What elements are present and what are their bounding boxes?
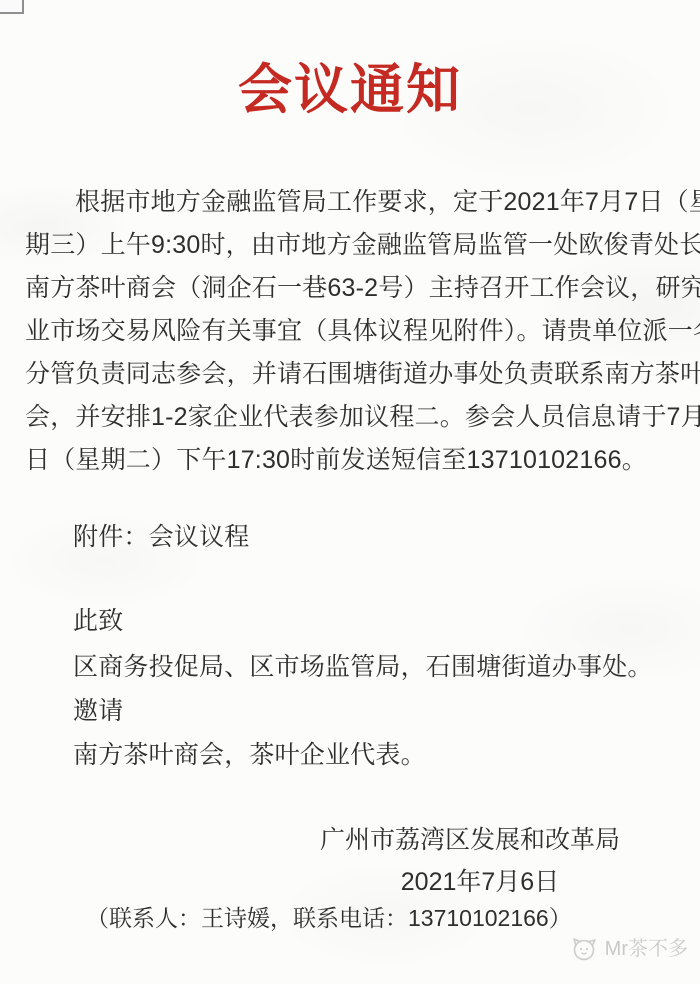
watermark: Mr茶不多 — [570, 936, 688, 962]
cat-face-icon — [570, 936, 600, 962]
scanned-meeting-notice-document: 会议通知 根据市地方金融监管局工作要求，定于2021年7月7日（星 期三）上午9… — [0, 0, 700, 984]
document-title: 会议通知 — [0, 56, 700, 124]
closing-invite-label: 邀请 — [73, 696, 123, 726]
signature-contact-line: （联系人：王诗媛，联系电话：13710102166） — [86, 902, 572, 934]
closing-salute: 此致 — [73, 606, 123, 636]
body-line: 根据市地方金融监管局工作要求，定于2021年7月7日（星 — [25, 181, 690, 224]
closing-recipients: 区商务投促局、区市场监管局，石围塘街道办事处。 — [73, 652, 653, 682]
signature-date: 2021年7月6日 — [340, 866, 620, 898]
signature-organization: 广州市荔湾区发展和改革局 — [0, 824, 620, 856]
watermark-text: Mr茶不多 — [605, 936, 688, 962]
body-line: 期三）上午9:30时，由市地方金融监管局监管一处欧俊青处长在 — [25, 224, 690, 267]
body-line: 业市场交易风险有关事宜（具体议程见附件）。请贵单位派一名 — [25, 310, 690, 353]
body-line: 日（星期二）下午17:30时前发送短信至13710102166。 — [25, 439, 690, 482]
body-line: 会，并安排1-2家企业代表参加议程二。参会人员信息请于7月6 — [25, 396, 690, 439]
attachment-line: 附件：会议议程 — [73, 522, 249, 552]
scan-corner-box — [0, 0, 24, 14]
body-line: 分管负责同志参会，并请石围塘街道办事处负责联系南方茶叶商 — [25, 353, 690, 396]
closing-invitees: 南方茶叶商会，茶叶企业代表。 — [73, 740, 426, 770]
body-line: 南方茶叶商会（洞企石一巷63-2号）主持召开工作会议，研究茶 — [25, 267, 690, 310]
notice-body-paragraph: 根据市地方金融监管局工作要求，定于2021年7月7日（星 期三）上午9:30时，… — [25, 181, 690, 482]
